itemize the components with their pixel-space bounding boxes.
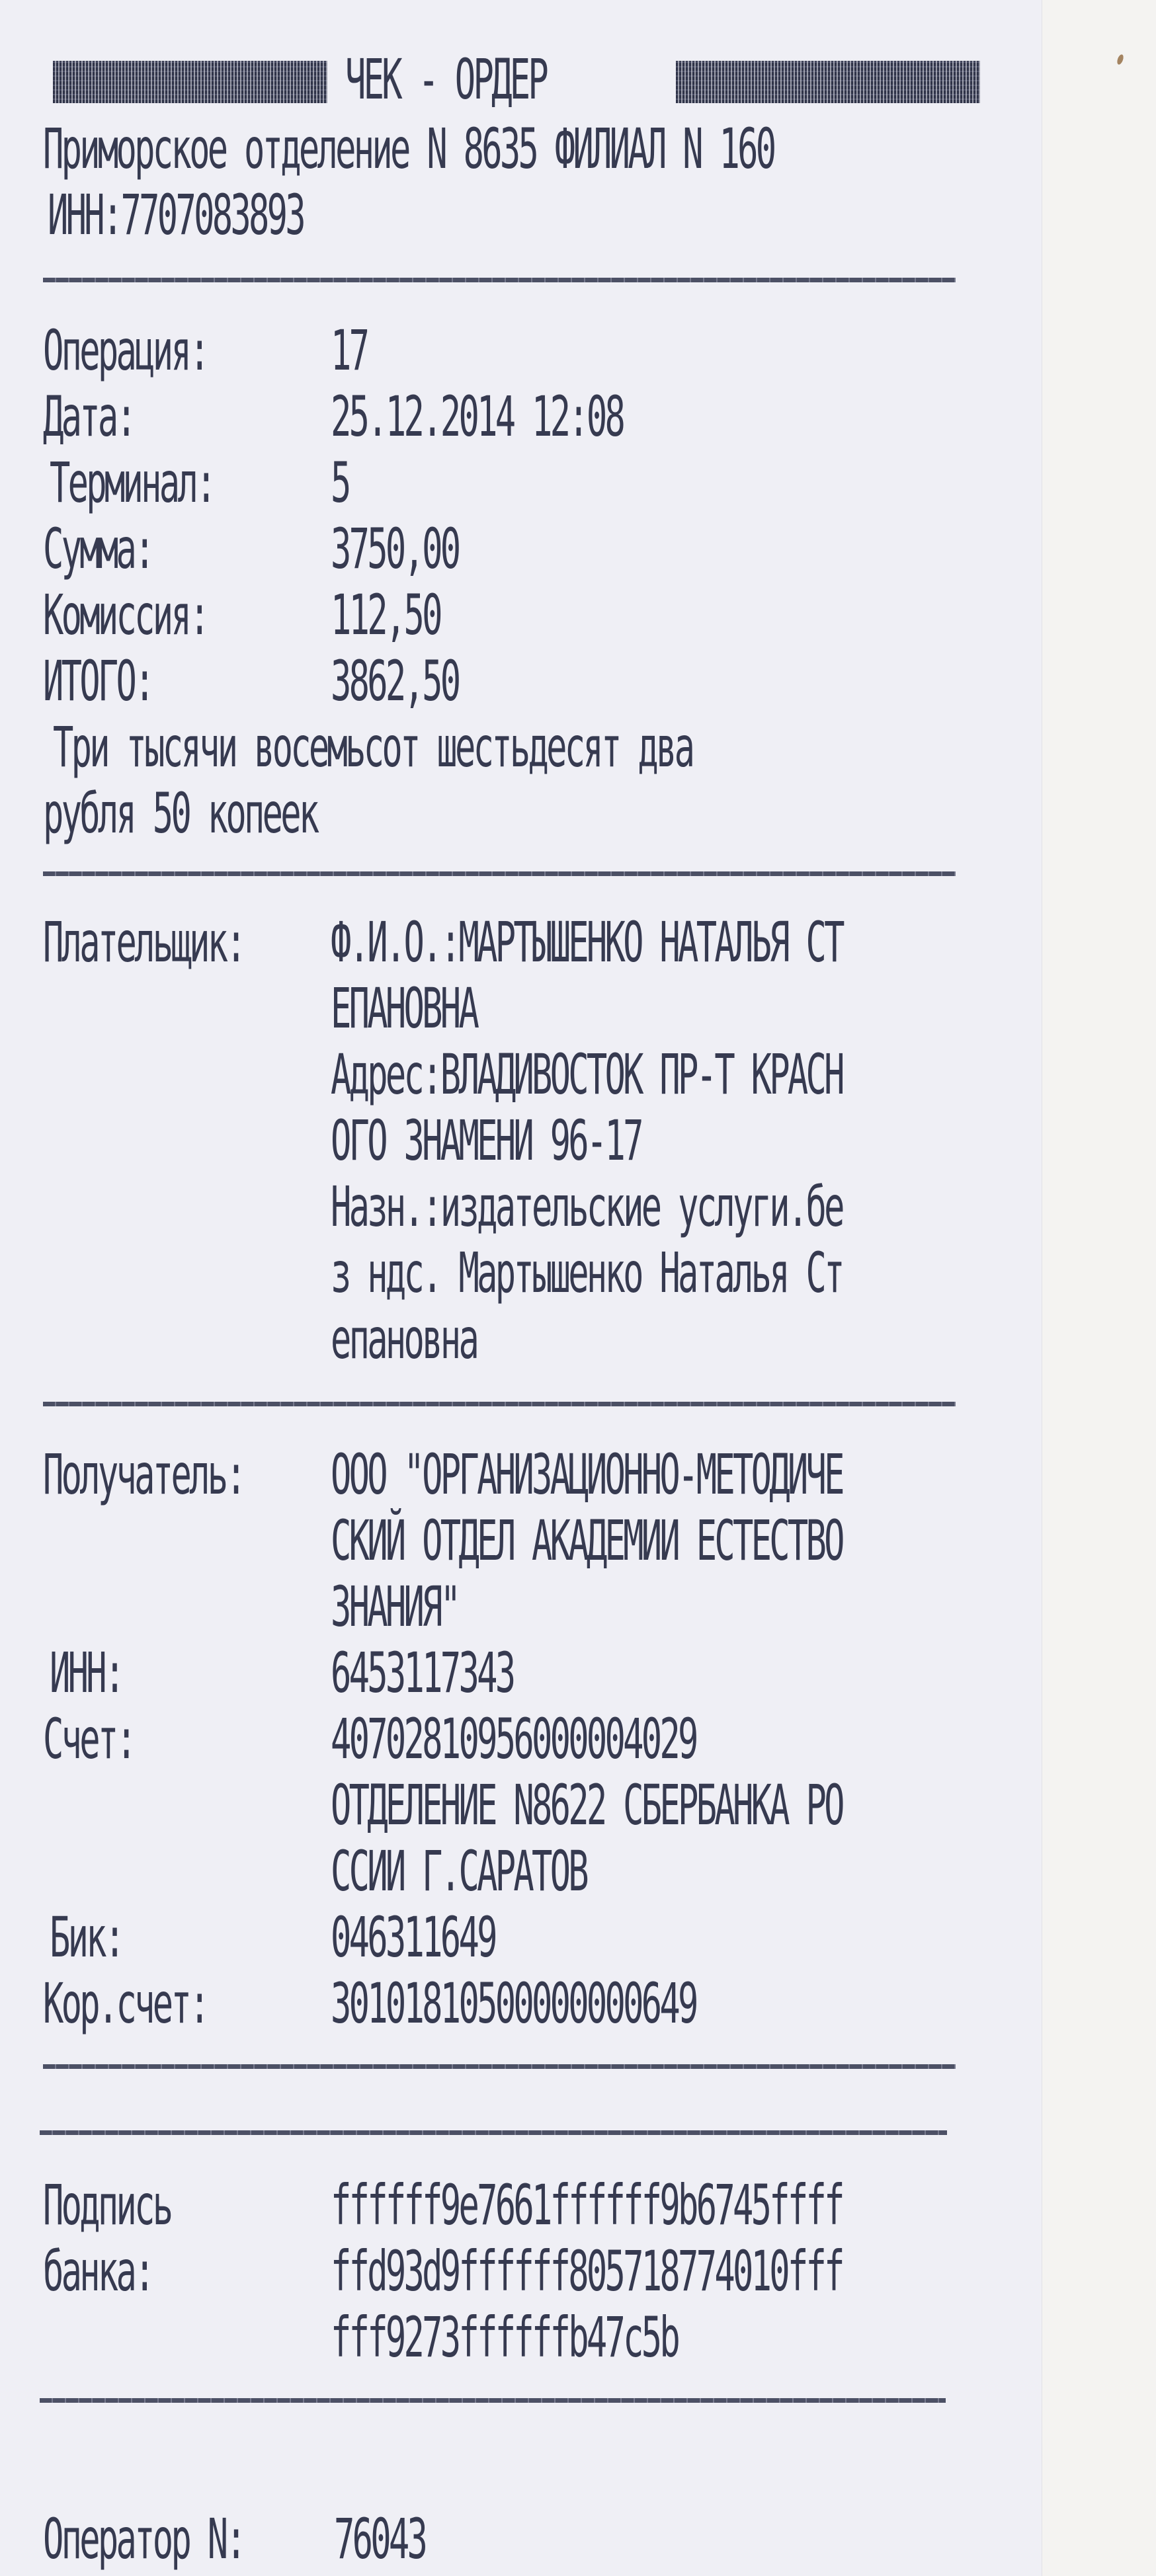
recipient-inn-label: ИНН: — [50, 1640, 123, 1706]
operator-value: 76043 — [334, 2506, 425, 2572]
operation-value: 17 — [331, 317, 367, 383]
operation-label: Операция: — [43, 317, 208, 383]
amount-words-line-1: Три тысячи восемьсот шестьдесят два — [53, 714, 692, 780]
bank-name-line: ССИИ Г.САРАТОВ — [331, 1838, 587, 1904]
sum-label: Сумма: — [43, 516, 153, 582]
corr-account-value: 30101810500000000649 — [331, 1970, 696, 2036]
recipient-name-line: ООО "ОРГАНИЗАЦИОННО-МЕТОДИЧЕ — [331, 1441, 843, 1508]
separator-1 — [43, 278, 956, 282]
branch-name: Приморское отделение N 8635 ФИЛИАЛ N 160 — [43, 116, 774, 182]
signature-value-line: fff9273ffffffb47c5b — [331, 2304, 678, 2370]
payer-line: епановна — [331, 1306, 477, 1372]
payer-line: Ф.И.О.:МАРТЫШЕНКО НАТАЛЬЯ СТ — [331, 909, 843, 975]
payer-line: з ндс. Мартышенко Наталья Ст — [331, 1240, 843, 1306]
total-label: ИТОГО: — [43, 648, 153, 714]
recipient-name-line: СКИЙ ОТДЕЛ АКАДЕМИИ ЕСТЕСТВО — [331, 1508, 843, 1574]
signature-label-line-1: Подпись — [43, 2172, 171, 2238]
payer-label: Плательщик: — [43, 909, 244, 975]
terminal-label: Терминал: — [50, 450, 214, 516]
recipient-name-line: ЗНАНИЯ" — [331, 1574, 458, 1640]
signature-label-line-2: банка: — [43, 2238, 153, 2304]
date-value: 25.12.2014 12:08 — [331, 383, 623, 450]
bank-name-line: ОТДЕЛЕНИЕ N8622 СБЕРБАНКА РО — [331, 1772, 843, 1838]
bik-value: 046311649 — [331, 1904, 495, 1970]
separator-4 — [43, 2064, 956, 2069]
scan-speck — [1116, 54, 1125, 65]
account-label: Счет: — [43, 1706, 134, 1772]
operator-label: Оператор N: — [43, 2506, 244, 2572]
account-value: 40702810956000004029 — [331, 1706, 696, 1772]
total-value: 3862,50 — [331, 648, 458, 714]
header-bar-left — [53, 61, 327, 103]
signature-value-line: ffffff9e7661ffffff9b6745ffff — [331, 2172, 843, 2238]
receipt-paper: ЧЕК - ОРДЕР Приморское отделение N 8635 … — [0, 0, 1042, 2576]
separator-5 — [40, 2130, 947, 2135]
bik-label: Бик: — [50, 1904, 123, 1970]
sum-value: 3750,00 — [331, 516, 458, 582]
recipient-label: Получатель: — [43, 1441, 244, 1508]
amount-words-line-2: рубля 50 копеек — [43, 780, 317, 846]
separator-6 — [40, 2398, 946, 2403]
header-bar-right — [676, 61, 980, 103]
separator-2 — [43, 871, 956, 876]
terminal-value: 5 — [331, 450, 349, 516]
commission-label: Комиссия: — [43, 582, 208, 648]
recipient-inn-value: 6453117343 — [331, 1640, 513, 1706]
commission-value: 112,50 — [331, 582, 440, 648]
corr-account-label: Кор.счет: — [43, 1970, 208, 2036]
bank-inn: ИНН:7707083893 — [48, 182, 304, 248]
signature-value-line: ffd93d9ffffff805718774010fff — [331, 2238, 843, 2304]
payer-line: ОГО ЗНАМЕНИ 96-17 — [331, 1107, 641, 1174]
receipt-title: ЧЕК - ОРДЕР — [345, 46, 546, 112]
payer-line: ЕПАНОВНА — [331, 975, 477, 1041]
separator-3 — [43, 1402, 956, 1406]
payer-line: Назн.:издательские услуги.бе — [331, 1174, 843, 1240]
payer-line: Адрес:ВЛАДИВОСТОК ПР-Т КРАСН — [331, 1041, 843, 1107]
date-label: Дата: — [43, 383, 134, 450]
